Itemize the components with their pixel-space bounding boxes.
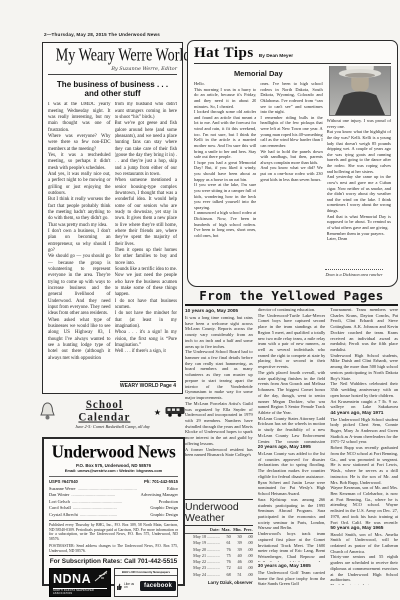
weary-world-byline: By Suzanne Werre, Editor [48,66,177,75]
weather-box: Underwood Weather Date: Max. Min. Prec. … [185,499,253,585]
yellowed-subhead: 10 years ago, May 2005 [185,309,253,314]
weary-body-col1: I was at the UMDC yearly meeting Wednesd… [48,102,111,378]
hat-tips-title: Hat Tips [194,45,254,62]
columnist-photo [329,66,391,116]
facebook-badge: BHG's ND Community Newspapers Like us on… [114,568,178,598]
yellowed-text: Tournament. Team members were Charles Kr… [330,307,398,409]
hat-tips-byline: By Dean Meyer [259,54,293,59]
weather-title: Underwood Weather [185,502,253,526]
phone-number: Ph: 701-442-5515 [144,479,178,484]
hat-tips-headline: Memorial Day [194,69,323,78]
yellowed-subhead: 30 years ago, May 1985 [258,564,326,569]
usps-number: USPS #647040 [49,479,78,484]
school-calendar: School Calendar June 2-5: Comet Basketba… [40,399,185,433]
ndna-logo: NDNA NORTH DAKOTA NEWSPAPER ASSOCIATION [49,568,111,598]
hat-tips-col3: Without one injury. I was proud of every… [327,118,391,242]
weary-world-article: My Weary Werre World By Suzanne Werre, E… [42,42,183,394]
masthead-contact: Email: unews@westriv.com • Website: bhgn… [49,468,178,473]
star-icon [154,402,161,420]
yellowed-text: director of continuing education. The Un… [258,307,326,443]
hat-tips-col1: Hello. This morning I was in a hurry to … [194,81,256,282]
thumbs-up-icon [116,583,122,590]
table-row: Crystal Albrecht........................… [49,512,178,518]
masthead-title: Underwood News [49,441,178,463]
school-bell-icon [40,402,55,421]
masthead-box: Underwood News P.O. Box 575, Underwood, … [42,437,185,586]
yellowed-col2: director of continuing education. The Un… [258,307,326,585]
masthead-usps-phone: USPS #647040 Ph: 701-442-5515 [49,476,178,484]
yellowed-text: The Underwood Golf Team carried home the… [258,570,326,585]
staff-list: Suzanne Werre...........................… [49,486,178,521]
weather-observer: Larry Dziuk, observer [185,580,253,585]
hat-tips-article: Hat Tips By Dean Meyer Memorial Day Hell… [187,40,398,287]
school-calendar-title: School Calendar [59,398,150,423]
table-row: May 24 ............6851.00 [185,572,253,578]
yellowed-subhead: 20 years ago, May 1995 [258,445,326,450]
weary-world-masthead: My Weary Werre World [56,46,170,67]
yellowed-text: McLean County was added to the list of c… [258,451,326,562]
hat-tips-header: Hat Tips By Dean Meyer [194,45,391,64]
hat-tips-footnote: Dean is a Dickinson area rancher [325,269,383,277]
weary-continuation: WEARY WORLD Page 4 [120,381,176,390]
school-bus-icon [165,406,185,417]
yellowed-text: The Underwood High School student body p… [330,417,398,524]
yellowed-text: It was a long time coming, but rains hav… [185,315,253,499]
newspaper-page-scan: { "page": { "header": "2—Thursday, May 2… [0,0,400,600]
postmaster-info: POSTMASTER: Send address changes to The … [49,544,178,553]
weather-table-header: Date: Max. Min. Prec. [185,527,253,534]
yellowed-col3: Tournament. Team members were Charles Kr… [330,307,398,585]
facebook-wordmark: facebook [140,581,176,591]
hat-tips-col2: ones. I've been to high school rodeos in… [260,81,322,282]
school-calendar-event: June 2-5: Comet Basketball Camp, all day [40,424,185,429]
weary-headline: The business of business . . . and other… [48,80,177,98]
hat-tips-body: Memorial Day Hello. This morning I was i… [194,66,391,282]
page-folio: 2—Thursday, May 28, 2015 The Underwood N… [44,32,160,37]
yellowed-pages-section: 10 years ago, May 2005 It was a long tim… [185,307,398,585]
yellowed-subhead: 50 years ago, May 1965 [330,526,398,531]
yellowed-subhead: 44 years ago, May 1971 [330,411,398,416]
weary-body: I was at the UMDC yearly meeting Wednesd… [48,102,177,378]
subscription-line: For Subscription Rates: Call 701-442-551… [49,555,178,565]
wheat-icon [93,570,109,582]
weary-body-col2: from my husband who didn't want stranger… [115,102,178,378]
publishing-info: Published every Thursday by BHG, Inc., P… [49,523,178,542]
yellowed-col1: 10 years ago, May 2005 It was a long tim… [185,307,253,585]
yellowed-pages-banner: From the Yellowed Pages [185,288,398,306]
yellowed-text: Harold Smith, son of Mrs. Amelia Smith o… [330,532,398,585]
weather-table: May 18 ............5030.00May 19 .......… [185,534,253,578]
